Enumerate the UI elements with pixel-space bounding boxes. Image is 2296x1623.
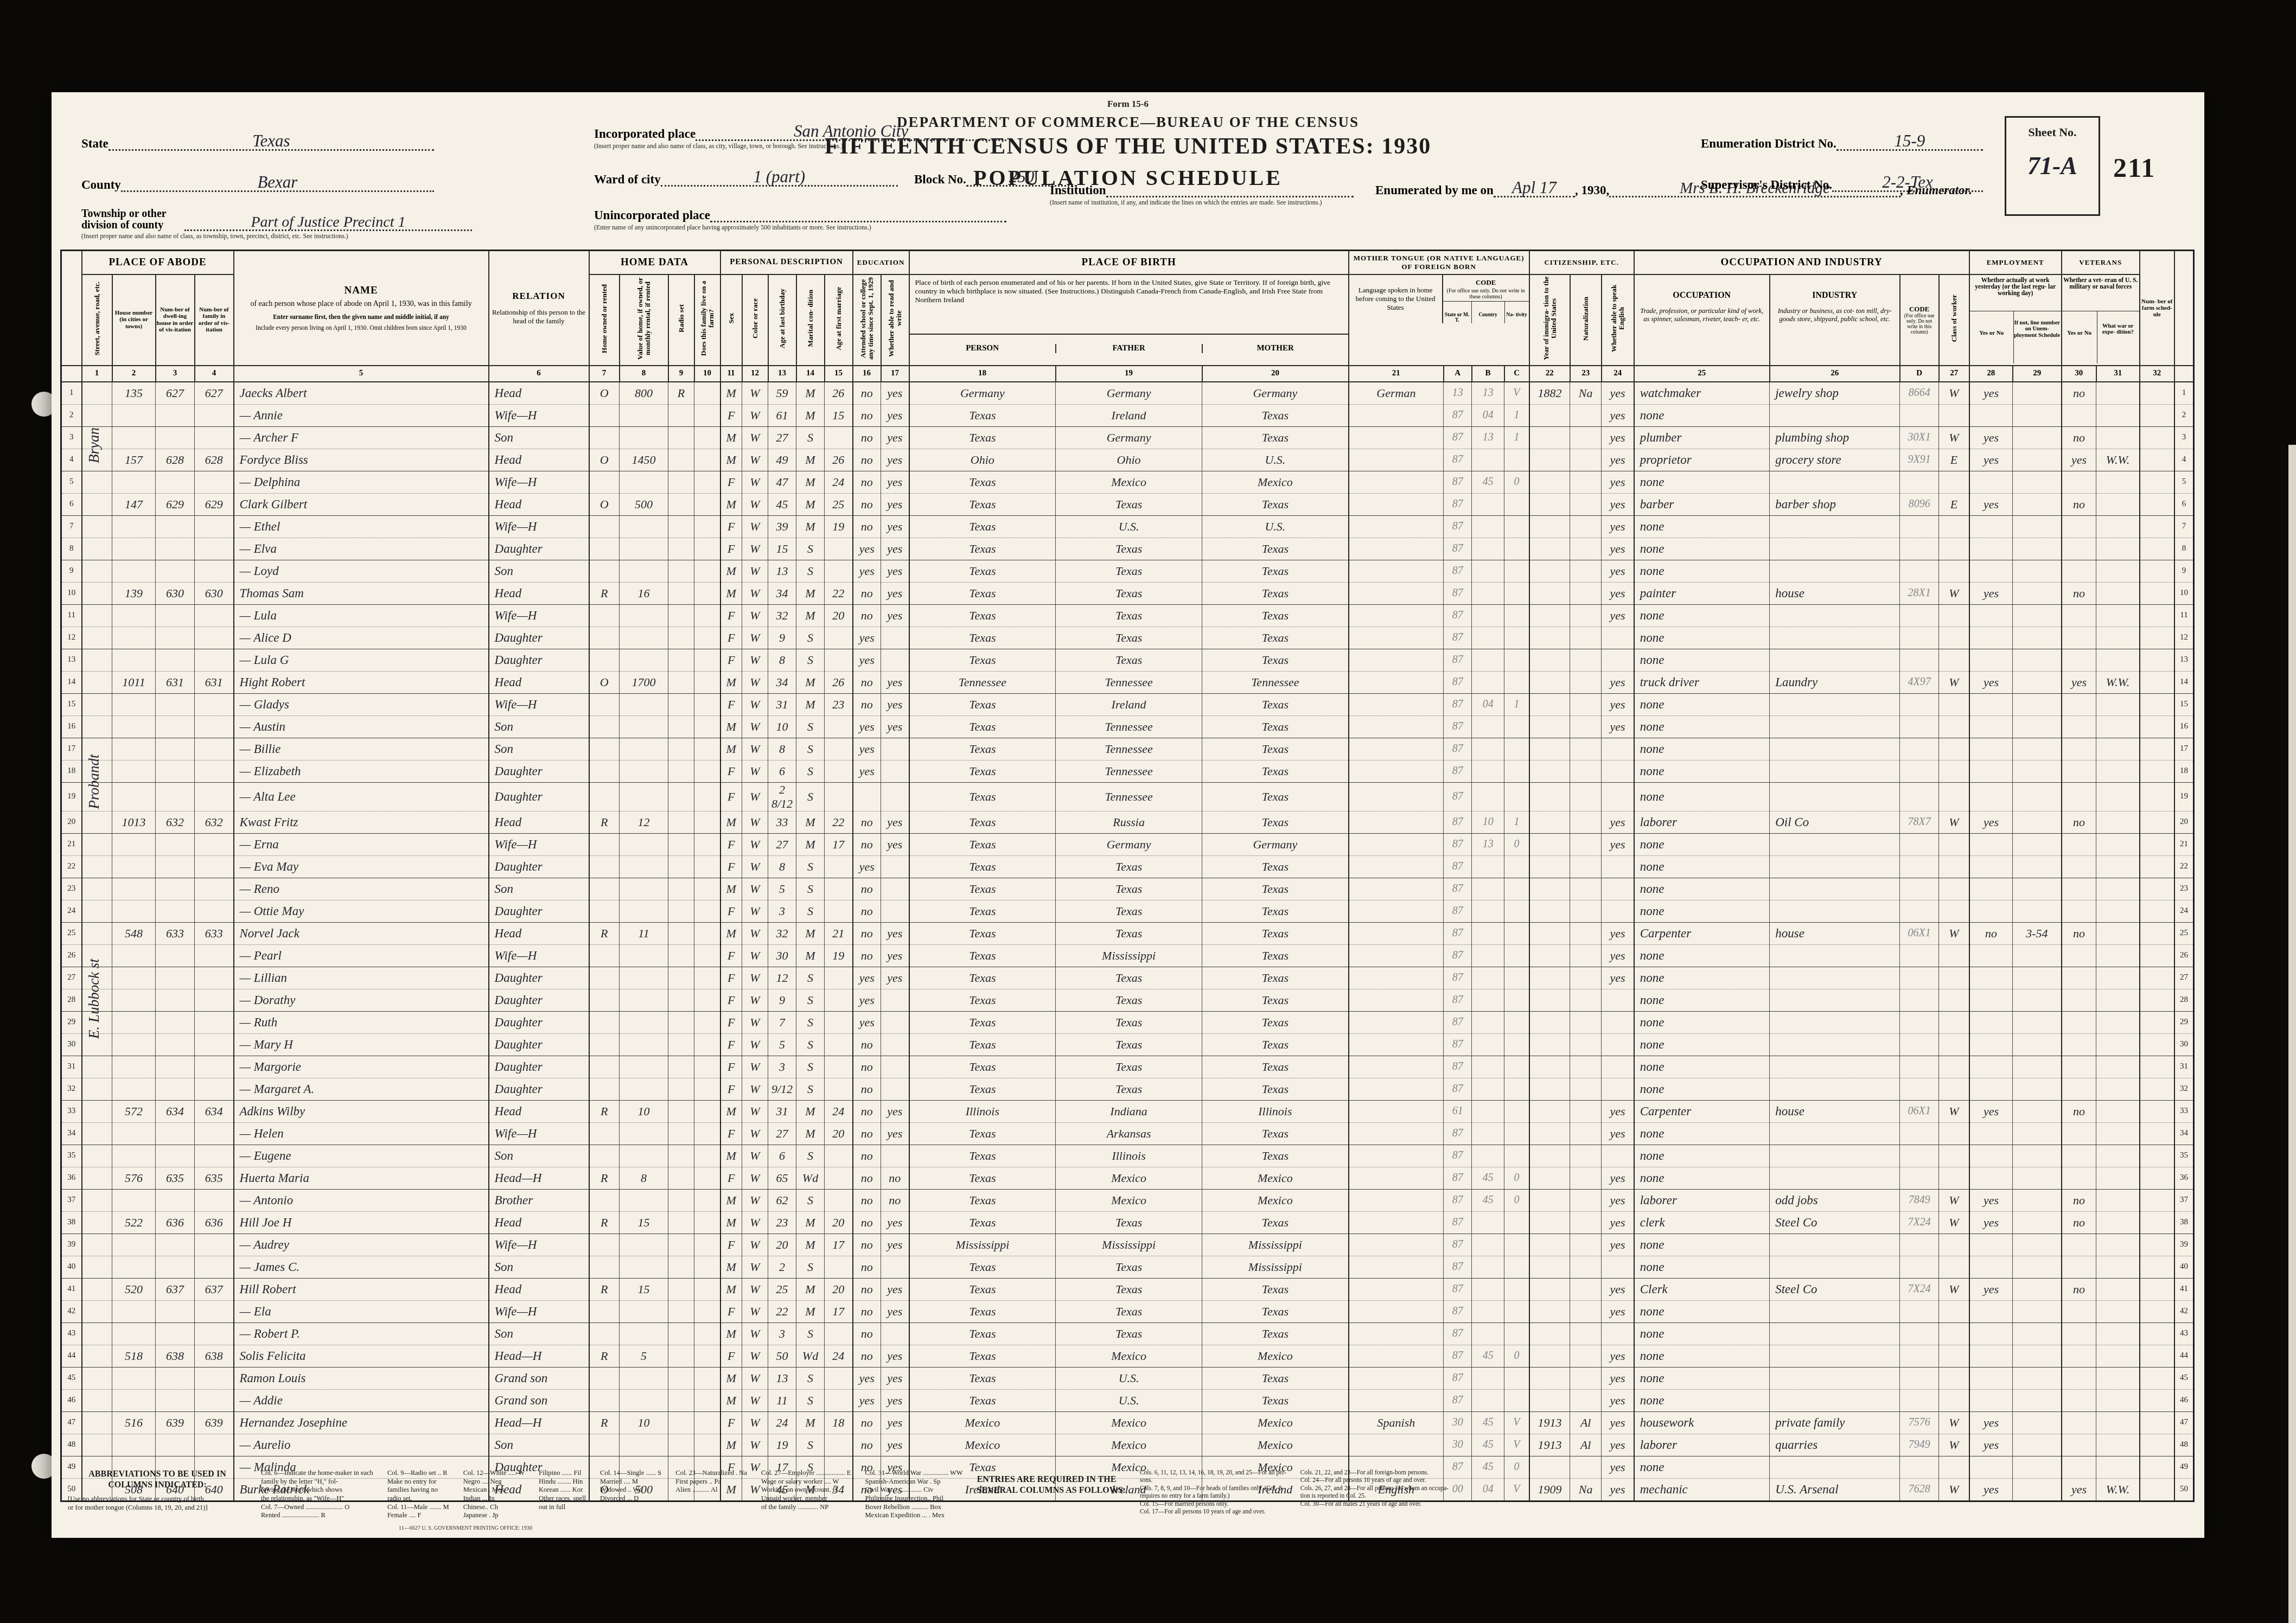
cell: Texas [1056,493,1202,515]
cell: Texas [1056,627,1202,649]
col15-header: Age at first marriage [825,274,853,366]
cell [1349,1011,1444,1033]
cell: 21 [2174,833,2194,855]
cell [1349,1211,1444,1234]
cell: Wife—H [489,693,589,715]
cell: barber [1634,493,1770,515]
cell: Head [489,1278,589,1300]
column-number: 28 [1969,366,2013,382]
cell: Texas [909,1322,1056,1345]
table-row: 34— HelenWife—HFW27M20noyesTexasArkansas… [61,1122,2194,1145]
cell [694,582,720,604]
cell [1570,671,1602,693]
cell: Texas [1202,1367,1349,1389]
cell [2140,1033,2174,1056]
cell: yes [881,1345,909,1367]
cell [825,1145,853,1167]
cell [195,967,234,989]
cell [589,1078,620,1100]
cell: W [742,1389,768,1411]
cell: M [720,1256,742,1278]
cell: Germany [1202,833,1349,855]
cell: Germany [1056,426,1202,449]
cell: Son [489,878,589,900]
cell: no [853,404,881,426]
cell: S [796,1011,825,1033]
cell [2062,1256,2096,1278]
cell [2096,1278,2140,1300]
cell: 13 [1472,382,1504,405]
cell: Texas [909,989,1056,1011]
cell [195,538,234,560]
cell [2140,604,2174,627]
cell [1504,1122,1529,1145]
cell: 639 [195,1411,234,1434]
cell: Hernandez Josephine [234,1411,489,1434]
cell [1570,760,1602,782]
cell [195,1234,234,1256]
cell [195,878,234,900]
code-note: (For office use only. Do not write in th… [1443,287,1529,301]
cell [1602,1256,1634,1278]
cell [620,1256,668,1278]
census-sheet: Form 15-6 DEPARTMENT OF COMMERCE—BUREAU … [52,92,2204,1538]
abbr-title: ABBREVIATIONS TO BE USED IN COLUMNS INDI… [68,1469,247,1491]
cell [82,967,112,989]
cell: Texas [1202,1122,1349,1145]
cell: 45 [1472,1189,1504,1211]
cell [1349,1234,1444,1256]
cell: W [742,426,768,449]
cell [82,671,112,693]
cell: yes [881,471,909,493]
cell [2140,671,2174,693]
veterans-subcols: Yes or No What war or expe- dition? [2062,311,2139,363]
cell: none [1634,1300,1770,1322]
cell [2062,515,2096,538]
cell [2062,627,2096,649]
cell: 636 [195,1211,234,1234]
cell [694,900,720,922]
cell: yes [1602,471,1634,493]
cell: 87 [1444,1033,1472,1056]
cell: proprietor [1634,449,1770,471]
cell: yes [853,855,881,878]
cell [881,738,909,760]
cell [1504,855,1529,878]
cell [1349,1345,1444,1367]
cell [825,1167,853,1189]
cell: 12 [768,967,796,989]
pob-subheader: Place of birth of each person enumerated… [909,274,1349,366]
cell: Texas [909,1367,1056,1389]
cell [2013,1122,2062,1145]
cell: M [796,944,825,967]
cell: M [796,693,825,715]
cell: — Ethel [234,515,489,538]
cell: Ohio [909,449,1056,471]
cell: — Elva [234,538,489,560]
cell: yes [1969,582,2013,604]
cell: W [742,582,768,604]
cell: laborer [1634,1434,1770,1456]
cell [1349,989,1444,1011]
column-number: 19 [1056,366,1202,382]
cell [112,1234,156,1256]
group-row: PLACE OF ABODE NAME of each person whose… [61,251,2194,274]
cell [589,782,620,811]
cell [1504,967,1529,989]
cell: W [742,1145,768,1167]
text-line: Widowed .. Wd [600,1486,661,1494]
cell [1570,878,1602,900]
cell [2062,944,2096,967]
cell [1939,833,1969,855]
cell: W [742,1300,768,1322]
column-number: 27 [1939,366,1969,382]
cell: 22 [768,1300,796,1322]
cell: 4 [61,449,82,471]
cell [2096,855,2140,878]
cell [195,900,234,922]
cell: W [742,1234,768,1256]
cell [2096,878,2140,900]
cell [1349,900,1444,922]
cell [1900,649,1939,671]
cell [2140,922,2174,944]
cell [1570,649,1602,671]
text-line: Col. 27—Employer ................. E [761,1469,851,1478]
cell [668,649,694,671]
cell: 139 [112,582,156,604]
veterans-desc: Whether a vet- eran of U. S. military or… [2062,275,2139,311]
cell [1570,811,1602,833]
cell: M [796,471,825,493]
cell [1939,989,1969,1011]
cell: 87 [1444,493,1472,515]
cell [1770,1033,1900,1056]
cell: F [720,627,742,649]
column-number: 9 [668,366,694,382]
cell [620,782,668,811]
cell: — Pearl [234,944,489,967]
cell [1504,1211,1529,1234]
cell: 17 [825,833,853,855]
cell: W [1939,1278,1969,1300]
column-number: 1 [82,366,112,382]
table-row: 7— EthelWife—HFW39M19noyesTexasU.S.U.S.8… [61,515,2194,538]
cell: — Ottie May [234,900,489,922]
cell [1472,738,1504,760]
cell: Texas [1202,1322,1349,1345]
cell: yes [853,989,881,1011]
cell [1472,1145,1504,1167]
cell [1529,967,1570,989]
cell [156,989,195,1011]
cell [2096,811,2140,833]
text-line: Other races, spell [539,1494,586,1503]
cell: M [720,922,742,944]
cell: 19 [61,782,82,811]
cell: 39 [61,1234,82,1256]
cell: 50 [768,1345,796,1367]
cell: Texas [1056,649,1202,671]
cell: yes [1602,922,1634,944]
cell [2062,1078,2096,1100]
cell [112,471,156,493]
cell: R [668,382,694,405]
table-row: 31— MargorieDaughterFW3SnoTexasTexasTexa… [61,1056,2194,1078]
cell: 30 [1444,1434,1472,1456]
cell: — Lula [234,604,489,627]
cell: Texas [1202,760,1349,782]
cell [1504,1278,1529,1300]
cell [694,627,720,649]
cell: W [742,833,768,855]
cell [1349,878,1444,900]
cell [668,471,694,493]
cell [1529,1322,1570,1345]
cell [1529,1122,1570,1145]
cell: 10 [2174,582,2194,604]
cell: M [796,833,825,855]
cell [694,1322,720,1345]
cell [694,1122,720,1145]
cell [694,515,720,538]
cell [1529,449,1570,471]
text-line: Mexican . Mex [463,1486,525,1494]
cell: W [1939,382,1969,405]
cell: yes [1602,811,1634,833]
cell: Carpenter [1634,922,1770,944]
cell: none [1634,715,1770,738]
cell [1472,582,1504,604]
cell [1969,1122,2013,1145]
cell [881,878,909,900]
cell [1504,582,1529,604]
cell [825,738,853,760]
cell [1349,1278,1444,1300]
cell: yes [853,715,881,738]
cell: 11 [2174,604,2194,627]
cell: W [1939,1100,1969,1122]
cell [82,855,112,878]
cell: none [1634,1367,1770,1389]
cell: 39 [2174,1234,2194,1256]
cell: W [742,1056,768,1078]
cell: M [796,1122,825,1145]
table-row: 48— AurelioSonMW19SnoyesMexicoMexicoMexi… [61,1434,2194,1456]
cell: 23 [825,693,853,715]
cell: M [796,1100,825,1122]
cell: no [853,1234,881,1256]
cell [2013,1056,2062,1078]
cell [156,538,195,560]
cell [1472,649,1504,671]
cell: no [853,1322,881,1345]
cell: M [720,1367,742,1389]
cell: Texas [1056,1278,1202,1300]
cell [112,855,156,878]
cell [881,627,909,649]
cell [1349,944,1444,967]
cell [1969,693,2013,715]
cell [1529,1056,1570,1078]
cell [1570,1033,1602,1056]
cell [2096,471,2140,493]
cell: Tennessee [1056,760,1202,782]
cell [1900,833,1939,855]
cell [589,649,620,671]
cell: Texas [909,627,1056,649]
cell [620,426,668,449]
cell: W [1939,1434,1969,1456]
cell: yes [881,671,909,693]
cell [195,1122,234,1145]
cell [668,1145,694,1167]
cell [1504,878,1529,900]
column-number: 29 [2013,366,2062,382]
table-row: 19— Alta LeeDaughterFW2 8/12STexasTennes… [61,782,2194,811]
text-line: tion is reported in Col. 25. [1300,1492,1449,1500]
column-number: 20 [1202,366,1349,382]
cell [1570,1189,1602,1211]
cell [694,449,720,471]
cell: yes [881,833,909,855]
cell [1349,1122,1444,1145]
cell [620,1300,668,1322]
cell: Ireland [1056,693,1202,715]
cell: 45 [1472,1345,1504,1367]
cell: Wife—H [489,1122,589,1145]
cell [1504,538,1529,560]
cell: 1013 [112,811,156,833]
cell: yes [881,1411,909,1434]
group-education: EDUCATION [853,251,909,274]
cell [2140,715,2174,738]
name-title: NAME [235,285,488,297]
cell [1349,671,1444,693]
cell: Texas [1202,878,1349,900]
cell: no [853,1078,881,1100]
cell [1770,1367,1900,1389]
cell: 31 [2174,1056,2194,1078]
group-home-data: HOME DATA [589,251,720,274]
cell: 48 [61,1434,82,1456]
cell: 8 [768,855,796,878]
cell [1349,1167,1444,1189]
cell: 635 [195,1167,234,1189]
cell: no [853,1211,881,1234]
cell: Texas [1202,855,1349,878]
cell [156,1322,195,1345]
cell: no [853,1056,881,1078]
cell [1529,1011,1570,1033]
col10-header: Does this family live on a farm? [694,274,720,366]
cell [2096,782,2140,811]
cell: F [720,404,742,426]
cell: 21 [61,833,82,855]
cell: Texas [1202,900,1349,922]
cell: — Erna [234,833,489,855]
cell [1529,693,1570,715]
cell: Texas [1056,1078,1202,1100]
cell [694,426,720,449]
cell: 19 [768,1434,796,1456]
cell: Son [489,1434,589,1456]
cell [195,1011,234,1033]
cell: 32 [768,604,796,627]
cell [2062,1122,2096,1145]
cell [1570,1078,1602,1100]
cell [694,538,720,560]
cell [1602,878,1634,900]
cell [1472,989,1504,1011]
cell [1900,1345,1939,1367]
col2-header: House number (in cities or towns) [112,274,156,366]
cell: 87 [1444,560,1472,582]
cell: 06X1 [1900,1100,1939,1122]
cell [1529,604,1570,627]
cell: no [853,1434,881,1456]
cell: 20 [768,1234,796,1256]
cell: yes [881,922,909,944]
cell [1472,1300,1504,1322]
text-line: First papers .. Pa [675,1478,747,1486]
employment-subheader: Whether actually at work yesterday (or t… [1969,274,2062,366]
cell: Texas [1202,944,1349,967]
cell: M [720,1145,742,1167]
cell: Mexico [1202,1345,1349,1367]
cell: 26 [2174,944,2194,967]
cell: M [720,560,742,582]
cell: Al [1570,1434,1602,1456]
footer: ABBREVIATIONS TO BE USED IN COLUMNS INDI… [68,1469,2189,1520]
cell: Mexico [1202,471,1349,493]
footer-col12b: Filipino ...... FilHindu ........ HinKor… [539,1469,586,1511]
cell: 20 [2174,811,2194,833]
cell: Texas [909,560,1056,582]
cell [2096,426,2140,449]
col8-header: Value of home, if owned, or monthly rent… [620,274,668,366]
cell [82,515,112,538]
pob-person: PERSON [910,344,1055,353]
cell: 16 [2174,715,2194,738]
cell: no [853,1100,881,1122]
cell: W [742,627,768,649]
cell [2140,693,2174,715]
cell: 1913 [1529,1411,1570,1434]
cell [2096,515,2140,538]
cell [2013,944,2062,967]
cell: none [1634,1145,1770,1167]
cell: yes [1602,1411,1634,1434]
cell: Na [1570,382,1602,405]
column-number: 25 [1634,366,1770,382]
cell [1529,811,1570,833]
cell: W [742,1100,768,1122]
cell [1939,715,1969,738]
cell [1969,1300,2013,1322]
cell [2096,1167,2140,1189]
cell [2013,671,2062,693]
cell [1349,1100,1444,1122]
cell: 15 [825,404,853,426]
cell: laborer [1634,811,1770,833]
cell: yes [881,1122,909,1145]
cell: none [1634,1389,1770,1411]
cell [2062,989,2096,1011]
